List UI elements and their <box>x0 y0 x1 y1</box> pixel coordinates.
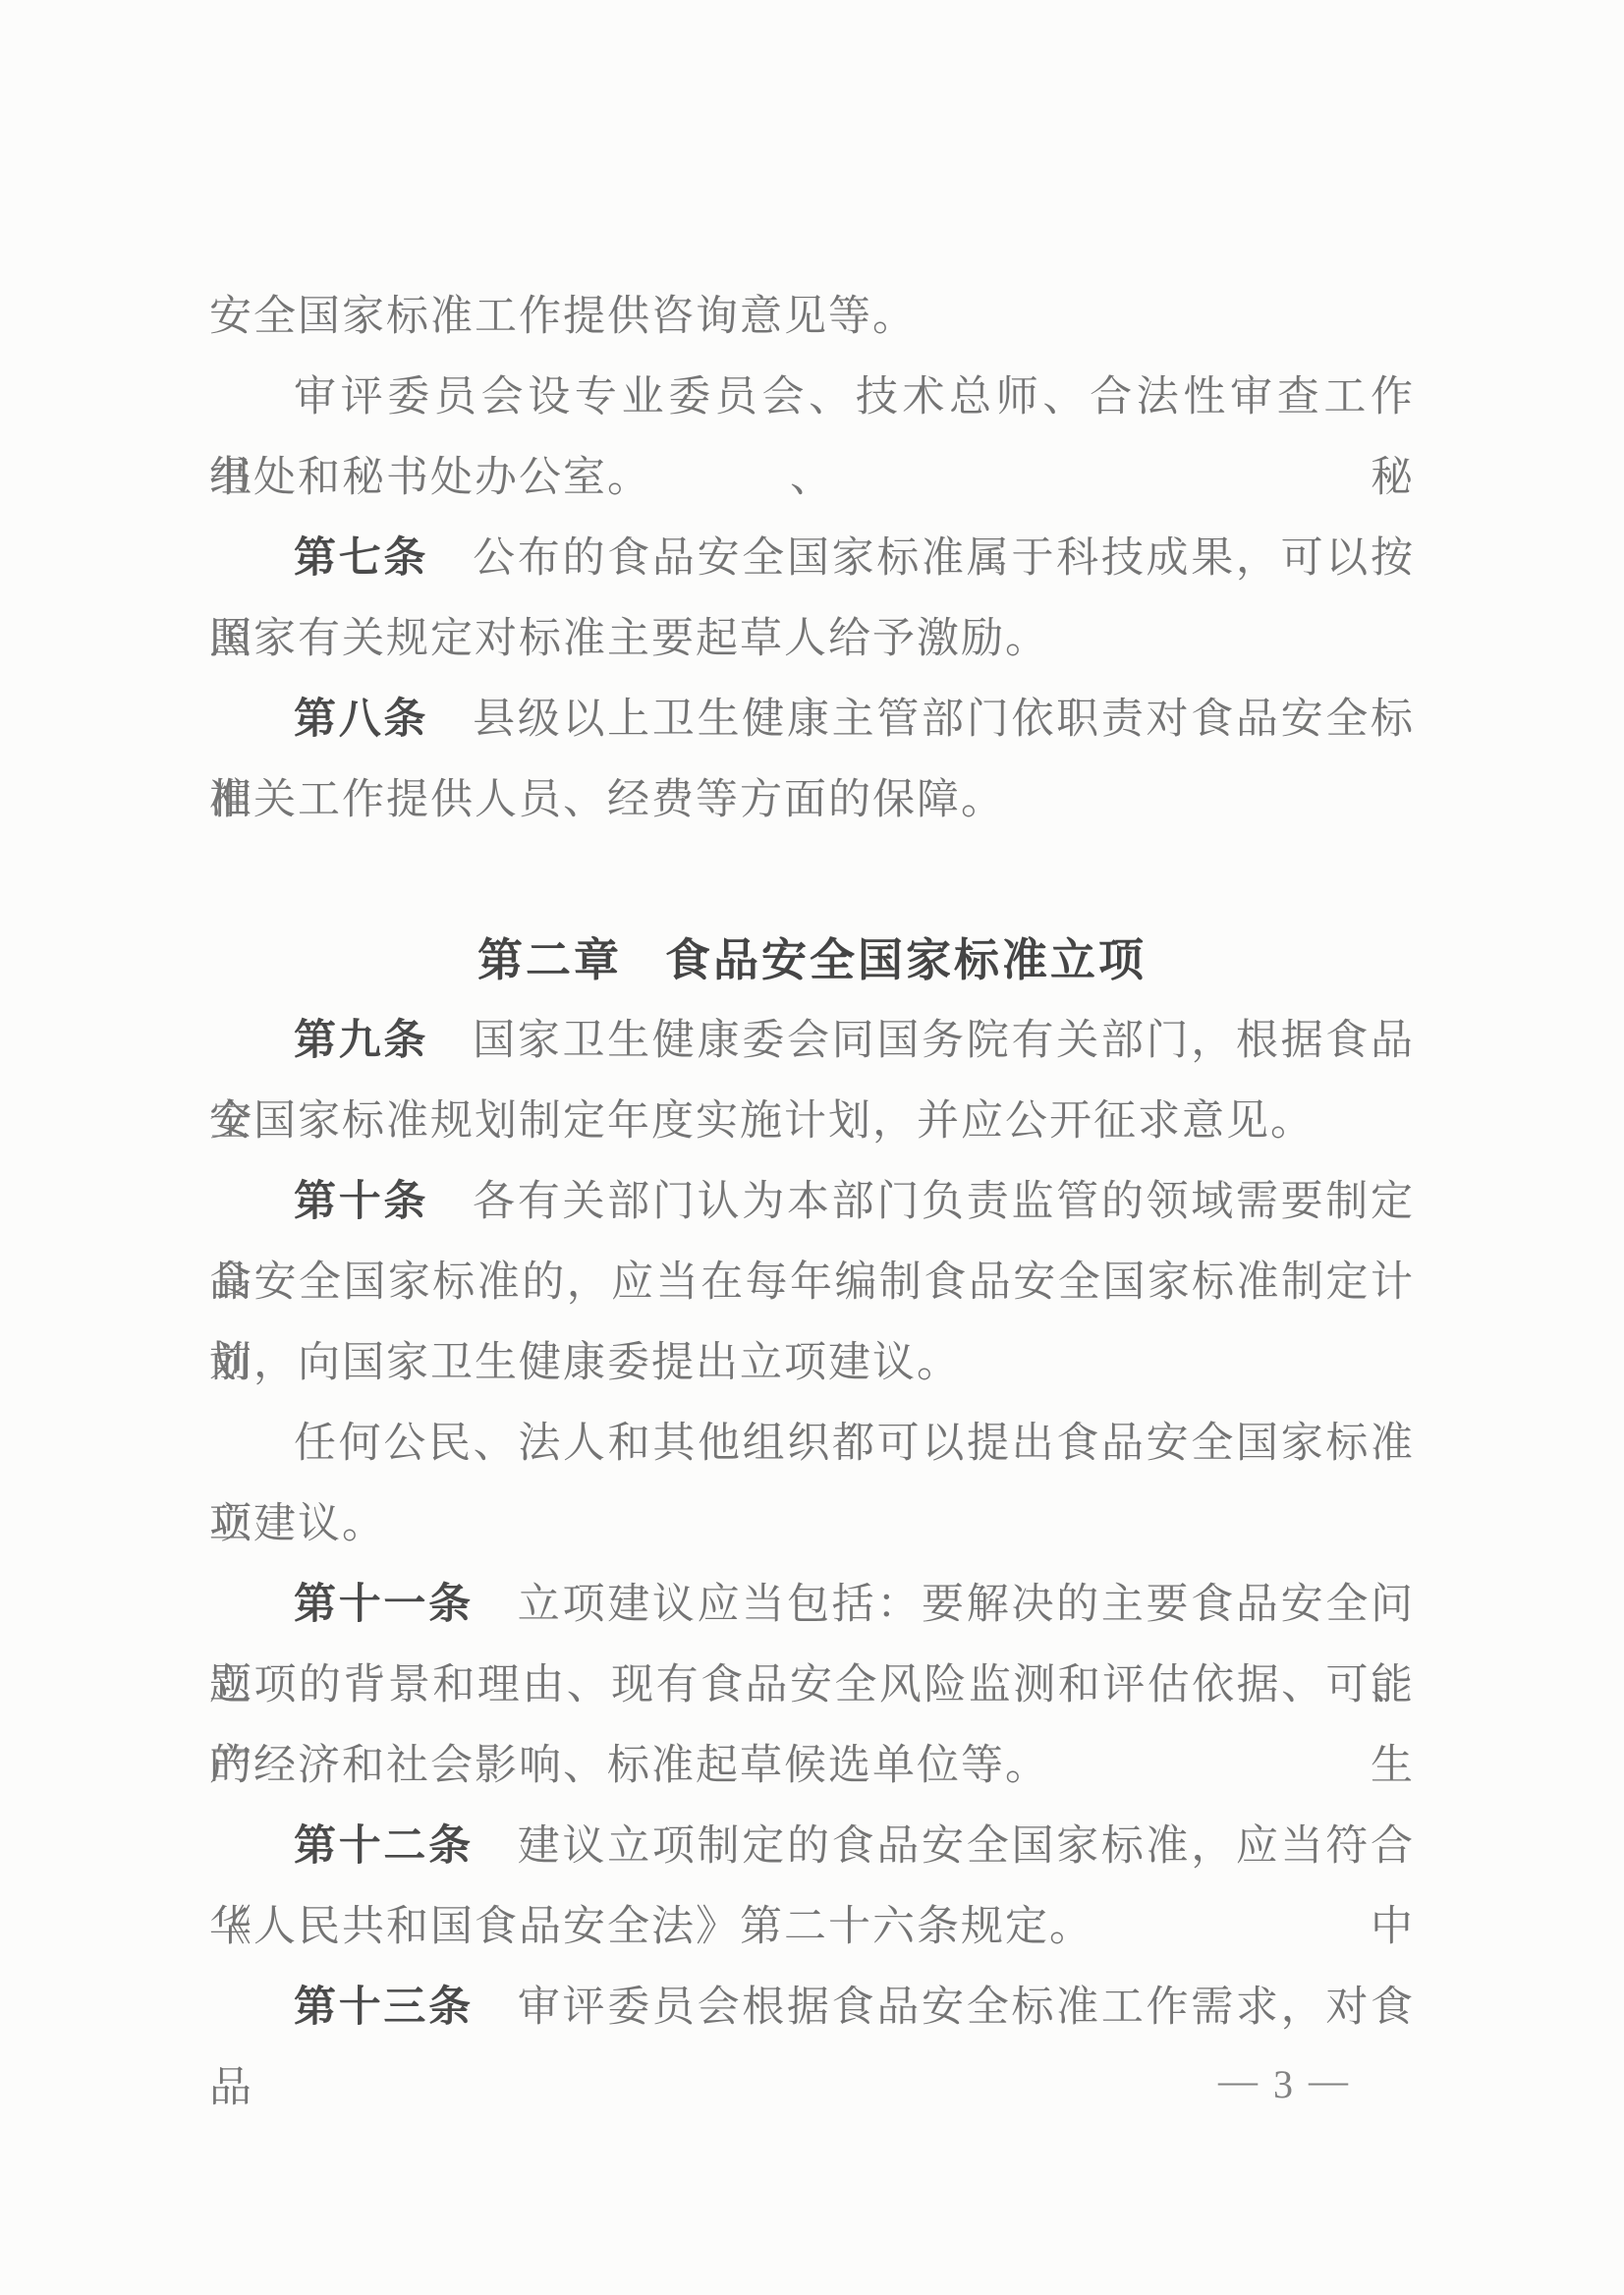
line-text: 国家有关规定对标准主要起草人给予激励。 <box>209 616 1049 662</box>
article-number: 第七条 <box>294 535 428 582</box>
line-text: 前，向国家卫生健康委提出立项建议。 <box>209 1340 961 1386</box>
text-line: 前，向国家卫生健康委提出立项建议。 <box>209 1323 1415 1404</box>
text-line-article-8: 第八条县级以上卫生健康主管部门依职责对食品安全标准 <box>209 680 1415 760</box>
text-line-article-12: 第十二条建议立项制定的食品安全国家标准，应当符合《中 <box>209 1807 1415 1887</box>
text-line: 国家有关规定对标准主要起草人给予激励。 <box>209 599 1415 680</box>
line-text: 华人民共和国食品安全法》第二十六条规定。 <box>209 1904 1093 1950</box>
article-number: 第十二条 <box>294 1823 474 1870</box>
document-page: 安全国家标准工作提供咨询意见等。 审评委员会设专业委员会、技术总师、合法性审查工… <box>0 0 1624 2295</box>
text-line: 立项的背景和理由、现有食品安全风险监测和评估依据、可能产生 <box>209 1646 1415 1726</box>
text-line-article-9: 第九条国家卫生健康委会同国务院有关部门，根据食品安 <box>209 1001 1415 1082</box>
line-text: 的经济和社会影响、标准起草候选单位等。 <box>209 1743 1049 1789</box>
line-text: 全国家标准规划制定年度实施计划，并应公开征求意见。 <box>209 1098 1315 1145</box>
page-number-dash-right: — <box>1309 2057 1348 2103</box>
line-text: 安全国家标准工作提供咨询意见等。 <box>209 294 917 340</box>
text-line-article-10: 第十条各有关部门认为本部门负责监管的领域需要制定食 <box>209 1162 1415 1243</box>
text-line-article-11: 第十一条立项建议应当包括：要解决的主要食品安全问题、 <box>209 1565 1415 1646</box>
article-number: 第九条 <box>294 1018 428 1064</box>
text-line: 品安全国家标准的，应当在每年编制食品安全国家标准制定计划 <box>209 1243 1415 1323</box>
text-line: 任何公民、法人和其他组织都可以提出食品安全国家标准立 <box>209 1404 1415 1484</box>
article-number: 第十一条 <box>294 1582 474 1628</box>
text-line: 相关工作提供人员、经费等方面的保障。 <box>209 760 1415 841</box>
text-line: 安全国家标准工作提供咨询意见等。 <box>209 277 1415 358</box>
text-line: 全国家标准规划制定年度实施计划，并应公开征求意见。 <box>209 1082 1415 1162</box>
chapter-title: 食品安全国家标准立项 <box>665 935 1147 985</box>
page-number-value: 3 <box>1273 2061 1293 2107</box>
chapter-heading: 第二章食品安全国家标准立项 <box>209 921 1415 1001</box>
line-text: 项建议。 <box>209 1501 386 1547</box>
text-line: 项建议。 <box>209 1484 1415 1565</box>
text-line: 审评委员会设专业委员会、技术总师、合法性审查工作组、秘 <box>209 358 1415 438</box>
document-body: 安全国家标准工作提供咨询意见等。 审评委员会设专业委员会、技术总师、合法性审查工… <box>209 277 1415 2048</box>
text-line-article-7: 第七条公布的食品安全国家标准属于科技成果，可以按照 <box>209 519 1415 599</box>
article-number: 第八条 <box>294 697 428 743</box>
article-number: 第十条 <box>294 1179 428 1225</box>
line-text: 书处和秘书处办公室。 <box>209 455 651 501</box>
text-line-article-13: 第十三条审评委员会根据食品安全标准工作需求，对食品 <box>209 1968 1415 2048</box>
article-number: 第十三条 <box>294 1985 474 2031</box>
page-number-dash-left: — <box>1218 2057 1258 2103</box>
line-text: 相关工作提供人员、经费等方面的保障。 <box>209 777 1005 823</box>
chapter-number: 第二章 <box>477 935 622 985</box>
page-number: — 3 — <box>1218 2061 1348 2107</box>
